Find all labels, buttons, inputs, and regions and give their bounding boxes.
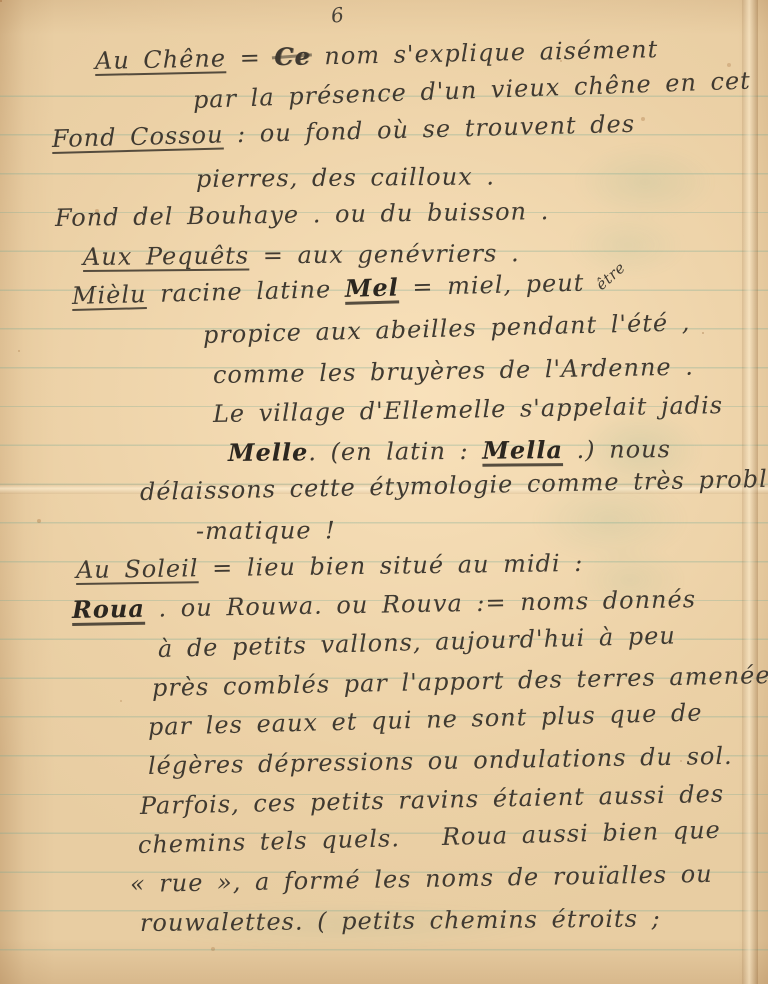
handwritten-text: = <box>226 43 275 72</box>
handwritten-text: = miel, peut <box>398 268 598 301</box>
entry-heading: Mièlu <box>72 280 147 310</box>
handwritten-text: Ce <box>274 41 311 71</box>
handwritten-text: Melle <box>228 437 309 467</box>
handwritten-text: pierres, des cailloux . <box>196 162 495 193</box>
manuscript-page: 6 Au Chêne = Ce nom s'explique aisémentp… <box>0 0 768 984</box>
entry-heading: Au Chêne <box>95 44 227 75</box>
page-number: 6 <box>329 2 345 28</box>
handwritten-text: : ou fond où se trouvent des <box>223 110 635 149</box>
handwritten-text: chemins tels quels. <box>138 824 401 859</box>
entry-heading: Fond del Bouhaye <box>55 200 300 231</box>
handwritten-text: nom s'explique aisément <box>310 35 658 70</box>
handwritten-text <box>400 845 442 846</box>
handwritten-text: racine latine <box>146 275 345 308</box>
entry-heading: Roua <box>72 593 145 623</box>
handwritten-text: Le village d'Ellemelle s'appelait jadis <box>213 391 724 428</box>
handwritten-text: rouwalettes. ( petits chemins étroits ; <box>140 905 661 938</box>
paper-speckles <box>0 0 2 2</box>
manuscript: Au Chêne = Ce nom s'explique aisémentpar… <box>0 44 768 945</box>
handwritten-text: = aux genévriers . <box>249 239 520 269</box>
handwritten-text: -matique ! <box>196 517 336 546</box>
handwritten-text: propice aux abeilles pendant l'été , <box>203 309 691 350</box>
manuscript-line: Fond del Bouhaye . ou du buisson . <box>55 191 768 240</box>
handwritten-text: .) nous <box>563 435 671 464</box>
manuscript-line: Fond Cossou : ou fond où se trouvent des <box>51 104 768 162</box>
entry-heading: Aux Pequêts <box>83 241 249 270</box>
handwritten-text: comme les bruyères de l'Ardenne . <box>213 352 694 388</box>
handwritten-text: = lieu bien situé au midi : <box>198 549 583 582</box>
handwritten-text: Mella <box>482 435 563 465</box>
handwritten-text: Roua aussi bien que <box>442 815 722 850</box>
handwritten-text: . ou du buisson . <box>299 197 550 228</box>
handwritten-text: « rue », a formé les noms de rouïalles o… <box>130 860 713 898</box>
handwritten-text: légères dépressions ou ondulations du so… <box>148 742 733 780</box>
handwritten-text: Mel <box>344 273 399 303</box>
entry-heading: Au Soleil <box>76 555 199 585</box>
entry-heading: Fond Cossou <box>52 121 224 153</box>
manuscript-line: rouwalettes. ( petits chemins étroits ; <box>140 901 768 946</box>
handwritten-text: . (en latin : <box>308 437 482 467</box>
handwritten-text: . ou Rouwa. ou Rouva := noms donnés <box>145 585 697 623</box>
